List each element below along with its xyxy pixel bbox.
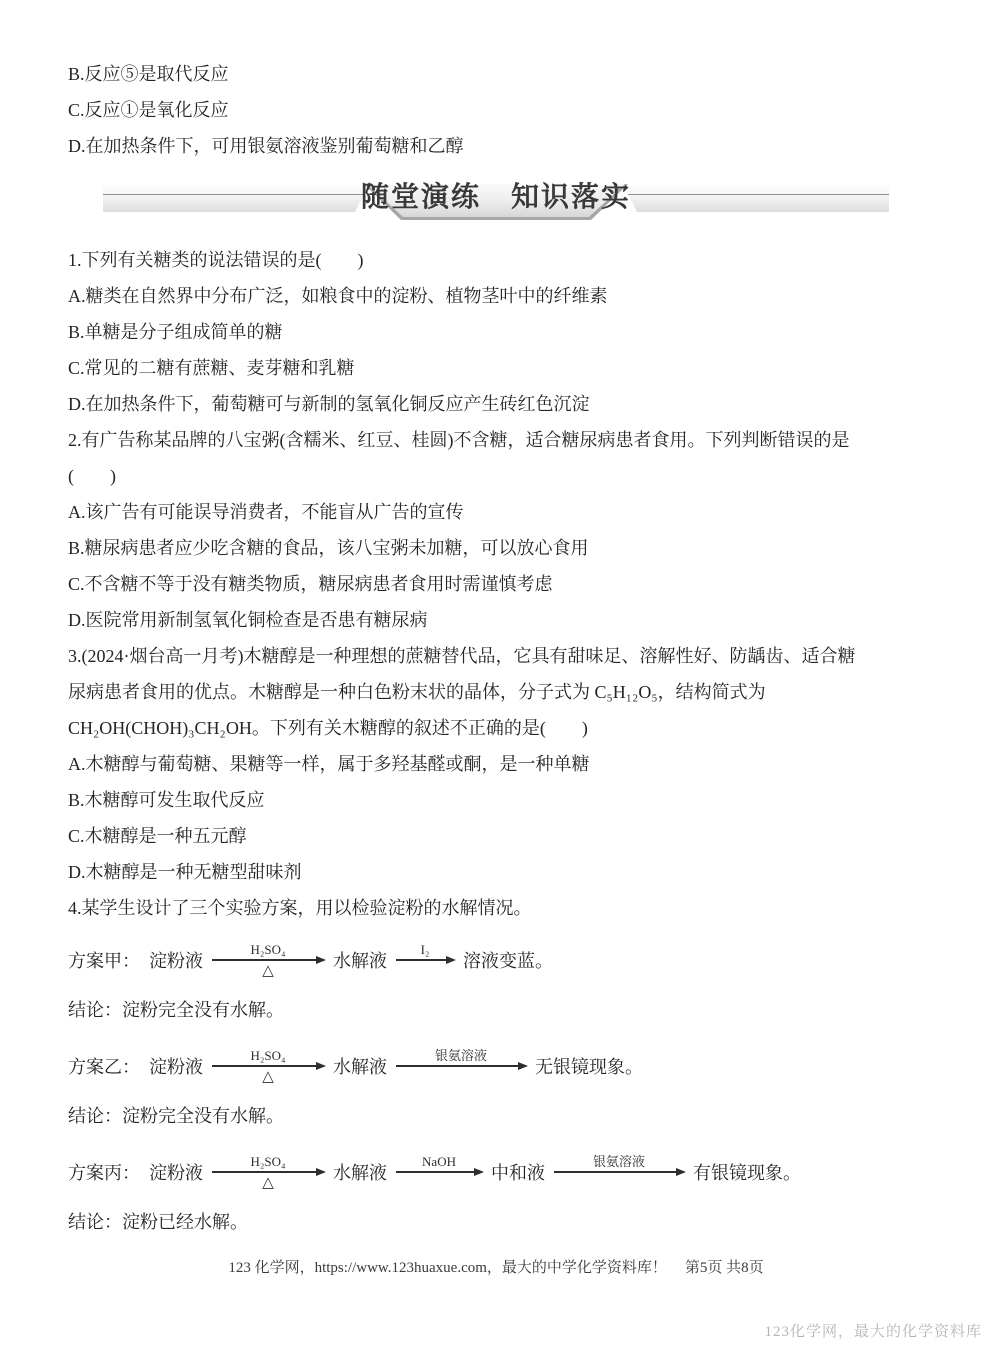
q2-stem-line2: ( ) [68, 458, 930, 494]
q4-stem: 4.某学生设计了三个实验方案，用以检验淀粉的水解情况。 [68, 890, 930, 926]
arrow-shaft [212, 1171, 324, 1173]
scheme-jia-start: 淀粉液 [149, 947, 203, 973]
scheme-jia-conclusion: 结论：淀粉完全没有水解。 [68, 992, 930, 1028]
scheme-bing-row: 方案丙： 淀粉液 H₂SO₄ △ 水解液 NaOH 中和液 银氨溶液 有银镜现象… [68, 1140, 930, 1204]
section-banner: 随堂演练 知识落实 [103, 178, 889, 228]
scheme-yi-row: 方案乙： 淀粉液 H₂SO₄ △ 水解液 银氨溶液 无银镜现象。 [68, 1034, 930, 1098]
reaction-arrow: NaOH [396, 1152, 482, 1193]
arrow-shaft [212, 959, 324, 961]
q1-stem: 1.下列有关糖类的说法错误的是( ) [68, 242, 930, 278]
q3-option-b: B.木糖醇可发生取代反应 [68, 782, 930, 818]
delta-symbol: △ [262, 1173, 274, 1193]
scheme-bing-label: 方案丙： [68, 1159, 140, 1185]
scheme-yi-start: 淀粉液 [149, 1053, 203, 1079]
footer-page-number: 第5页 共8页 [685, 1256, 764, 1277]
q3-option-a: A.木糖醇与葡萄糖、果糖等一样，属于多羟基醛或酮，是一种单糖 [68, 746, 930, 782]
arrow-condition-top: 银氨溶液 [593, 1152, 645, 1171]
q3-stem-line3: CH₂OH(CHOH)₃CH₂OH。下列有关木糖醇的叙述不正确的是( ) [68, 710, 930, 746]
scheme-bing-mid2: 中和液 [491, 1159, 545, 1185]
q2-option-a: A.该广告有可能误导消费者，不能盲从广告的宣传 [68, 494, 930, 530]
arrow-shaft [396, 1171, 482, 1173]
q1-option-a: A.糖类在自然界中分布广泛，如粮食中的淀粉、植物茎叶中的纤维素 [68, 278, 930, 314]
q3-stem-line2: 尿病患者食用的优点。木糖醇是一种白色粉末状的晶体，分子式为 C₅H₁₂O₅，结构… [68, 674, 930, 710]
scheme-yi-label: 方案乙： [68, 1053, 140, 1079]
q2-option-d: D.医院常用新制氢氧化铜检查是否患有糖尿病 [68, 602, 930, 638]
watermark-text: 123化学网，最大的化学资料库 [764, 1320, 982, 1341]
prev-option-b: B.反应⑤是取代反应 [68, 56, 930, 92]
reaction-arrow: 银氨溶液 [396, 1046, 526, 1087]
q1-option-b: B.单糖是分子组成简单的糖 [68, 314, 930, 350]
arrow-condition-top: H₂SO₄ [250, 1152, 285, 1171]
arrow-condition-top: H₂SO₄ [250, 1046, 285, 1065]
scheme-yi-result: 无银镜现象。 [535, 1053, 643, 1079]
scheme-jia-result: 溶液变蓝。 [463, 947, 553, 973]
reaction-arrow: I₂ [396, 940, 454, 981]
arrow-shaft [554, 1171, 684, 1173]
prev-option-d: D.在加热条件下，可用银氨溶液鉴别葡萄糖和乙醇 [68, 128, 930, 164]
arrow-condition-top: I₂ [421, 940, 430, 959]
q3-stem-line1: 3.(2024·烟台高一月考)木糖醇是一种理想的蔗糖替代品，它具有甜味足、溶解性… [68, 638, 930, 674]
scheme-bing-conclusion: 结论：淀粉已经水解。 [68, 1204, 930, 1240]
question-2: 2.有广告称某品牌的八宝粥(含糯米、红豆、桂圆)不含糖，适合糖尿病患者食用。下列… [68, 422, 930, 638]
scheme-jia-row: 方案甲： 淀粉液 H₂SO₄ △ 水解液 I₂ 溶液变蓝。 [68, 928, 930, 992]
arrow-shaft [396, 959, 454, 961]
q2-stem-line1: 2.有广告称某品牌的八宝粥(含糯米、红豆、桂圆)不含糖，适合糖尿病患者食用。下列… [68, 422, 930, 458]
scheme-bing-result: 有银镜现象。 [693, 1159, 801, 1185]
question-3: 3.(2024·烟台高一月考)木糖醇是一种理想的蔗糖替代品，它具有甜味足、溶解性… [68, 638, 930, 890]
q1-option-d: D.在加热条件下，葡萄糖可与新制的氢氧化铜反应产生砖红色沉淀 [68, 386, 930, 422]
scheme-bing-mid1: 水解液 [333, 1159, 387, 1185]
footer-site-text: 123 化学网，https://www.123huaxue.com，最大的中学化… [228, 1256, 667, 1277]
question-4: 4.某学生设计了三个实验方案，用以检验淀粉的水解情况。 方案甲： 淀粉液 H₂S… [68, 890, 930, 1240]
q2-option-c: C.不含糖不等于没有糖类物质，糖尿病患者食用时需谨慎考虑 [68, 566, 930, 602]
arrow-condition-top: NaOH [422, 1152, 456, 1171]
section-title: 随堂演练 知识落实 [103, 175, 889, 215]
page-footer: 123 化学网，https://www.123huaxue.com，最大的中学化… [0, 1256, 992, 1277]
scheme-bing-start: 淀粉液 [149, 1159, 203, 1185]
reaction-arrow: H₂SO₄ △ [212, 940, 324, 981]
q3-option-d: D.木糖醇是一种无糖型甜味剂 [68, 854, 930, 890]
arrow-shaft [212, 1065, 324, 1067]
delta-symbol: △ [262, 961, 274, 981]
reaction-arrow: 银氨溶液 [554, 1152, 684, 1193]
prev-option-c: C.反应①是氧化反应 [68, 92, 930, 128]
q2-option-b: B.糖尿病患者应少吃含糖的食品，该八宝粥未加糖，可以放心食用 [68, 530, 930, 566]
scheme-jia-label: 方案甲： [68, 947, 140, 973]
scheme-yi-mid: 水解液 [333, 1053, 387, 1079]
arrow-condition-top: 银氨溶液 [435, 1046, 487, 1065]
reaction-arrow: H₂SO₄ △ [212, 1046, 324, 1087]
scheme-yi-conclusion: 结论：淀粉完全没有水解。 [68, 1098, 930, 1134]
q1-option-c: C.常见的二糖有蔗糖、麦芽糖和乳糖 [68, 350, 930, 386]
delta-symbol: △ [262, 1067, 274, 1087]
previous-question-options: B.反应⑤是取代反应 C.反应①是氧化反应 D.在加热条件下，可用银氨溶液鉴别葡… [68, 56, 930, 164]
question-1: 1.下列有关糖类的说法错误的是( ) A.糖类在自然界中分布广泛，如粮食中的淀粉… [68, 242, 930, 422]
q3-option-c: C.木糖醇是一种五元醇 [68, 818, 930, 854]
reaction-arrow: H₂SO₄ △ [212, 1152, 324, 1193]
worksheet-page: B.反应⑤是取代反应 C.反应①是氧化反应 D.在加热条件下，可用银氨溶液鉴别葡… [0, 0, 992, 1347]
scheme-jia-mid: 水解液 [333, 947, 387, 973]
arrow-condition-top: H₂SO₄ [250, 940, 285, 959]
arrow-shaft [396, 1065, 526, 1067]
